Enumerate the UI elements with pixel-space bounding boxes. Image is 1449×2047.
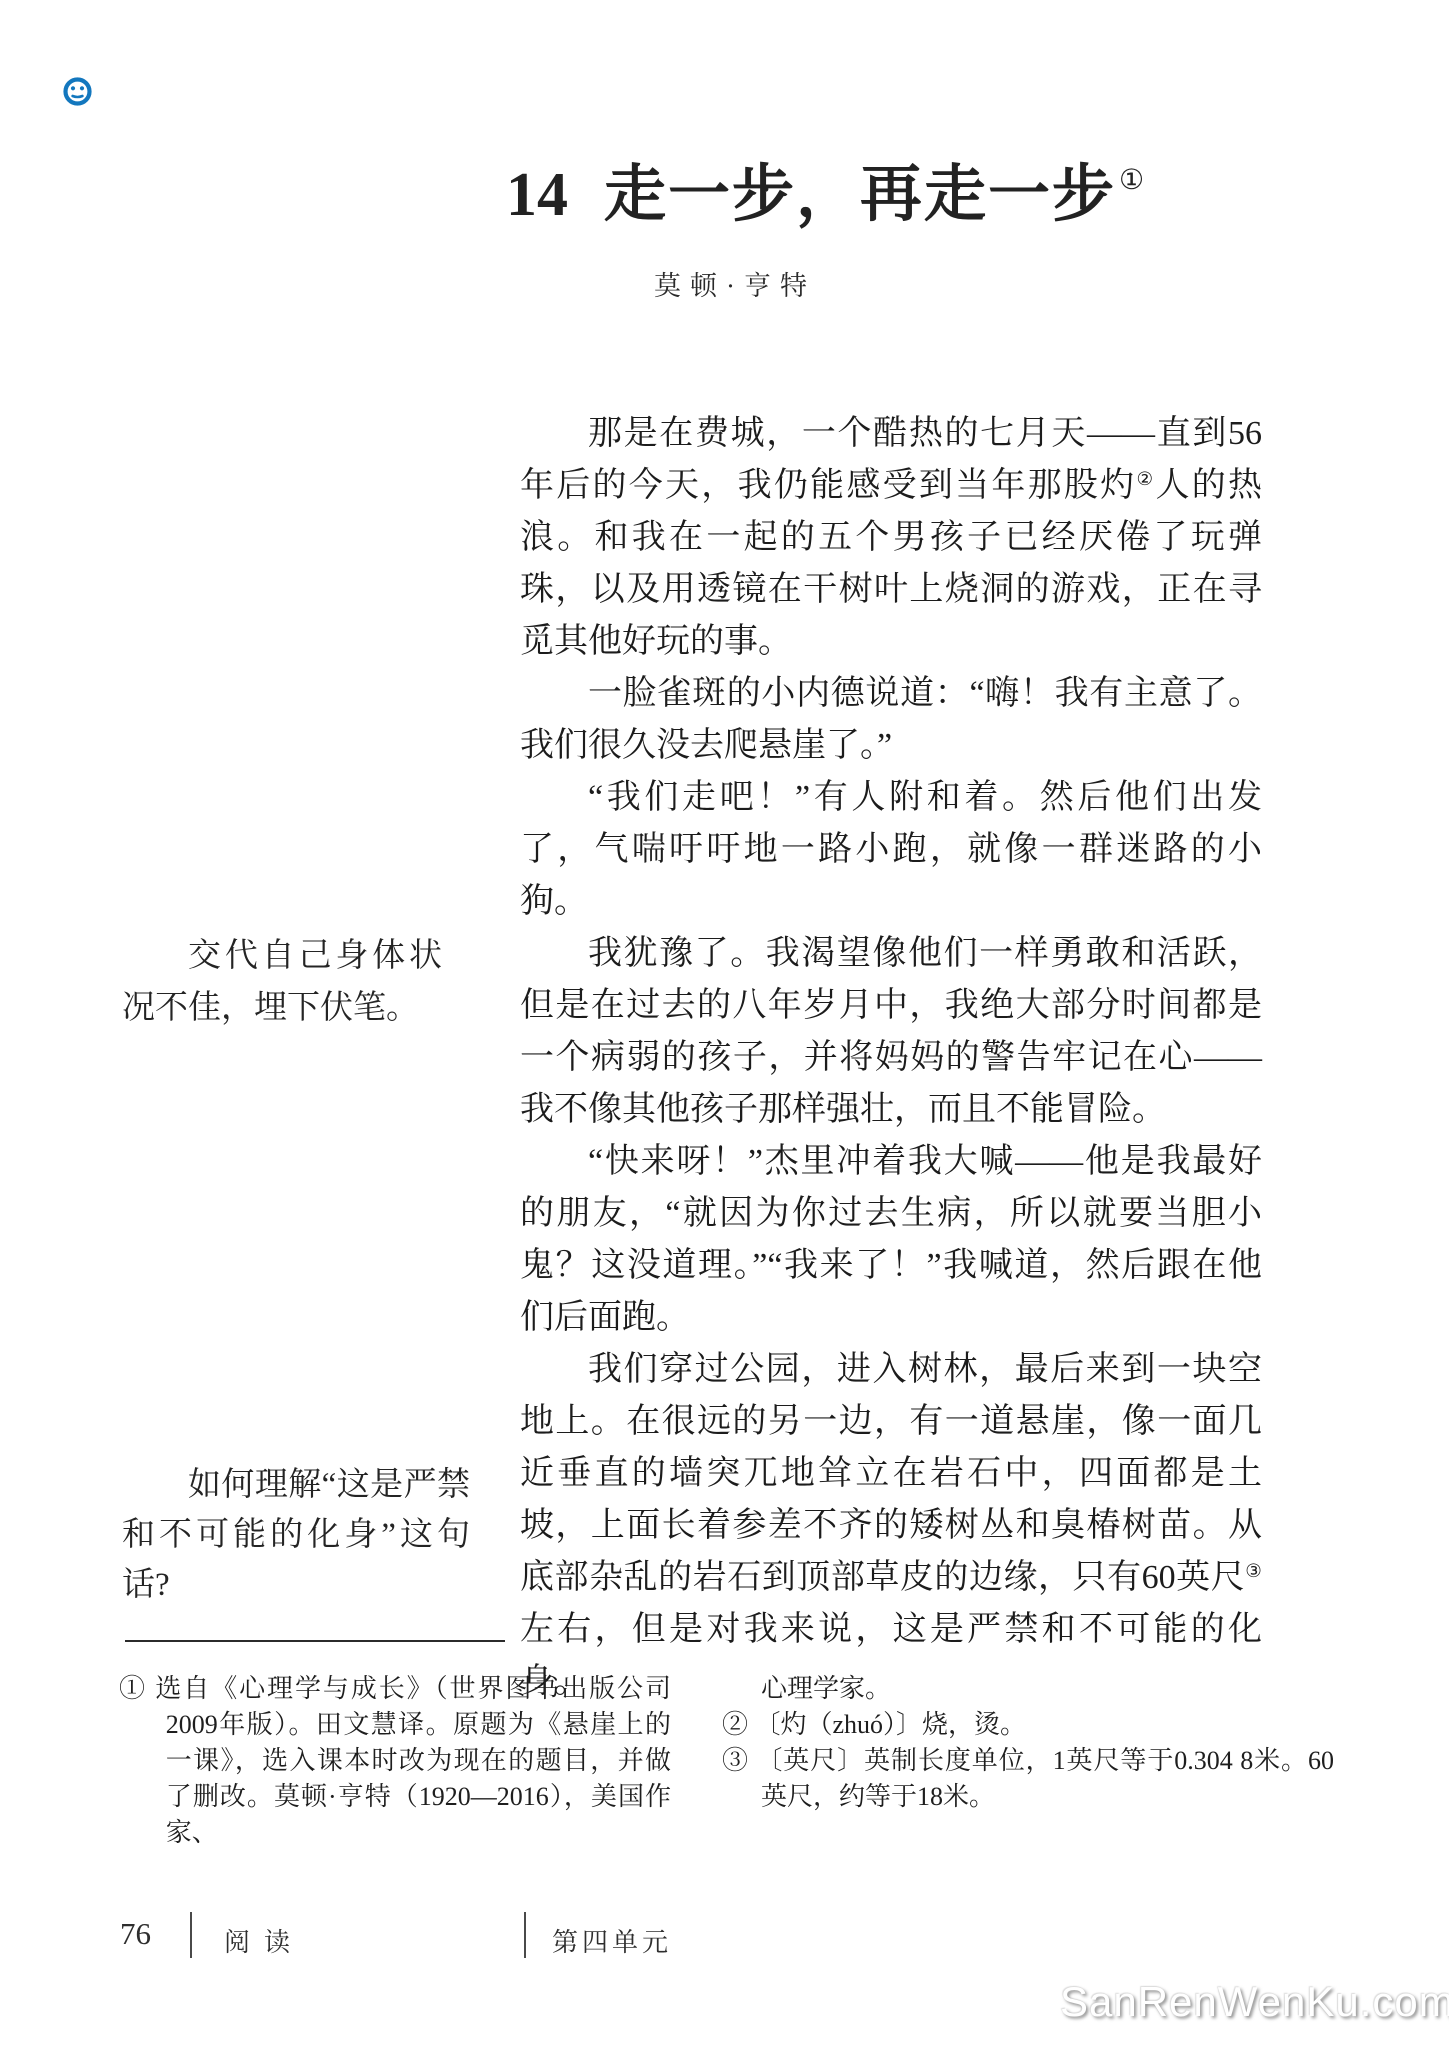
body-paragraph: “快来呀！”杰里冲着我大喊——他是我最好的朋友，“就因为你过去生病，所以就要当胆… [520, 1136, 1262, 1344]
footer-section-label: 阅读 [224, 1922, 304, 1959]
footnotes-left-column: ① 选自《心理学与成长》（世界图书出版公司2009年版）。田文慧译。原题为《悬崖… [119, 1671, 671, 1851]
footnote-line: 心理学家。 [722, 1671, 1334, 1707]
body-text: 那是在费城，一个酷热的七月天——直到56年后的今天，我仍能感受到当年那股灼②人的… [520, 408, 1262, 1708]
margin-note-1: 交代自己身体状况不佳，埋下伏笔。 [122, 930, 442, 1034]
lesson-title: 14走一步，再走一步① [506, 144, 1146, 233]
footnote-line: ③ 〔英尺〕英制长度单位，1英尺等于0.304 8米。60英尺，约等于18米。 [722, 1743, 1334, 1815]
watermark: SanRenWenKu.com [1060, 1978, 1449, 2026]
footer-unit-label: 第四单元 [552, 1922, 672, 1959]
body-paragraph: 那是在费城，一个酷热的七月天——直到56年后的今天，我仍能感受到当年那股灼②人的… [520, 408, 1262, 668]
margin-note-2: 如何理解“这是严禁和不可能的化身”这句话? [122, 1460, 470, 1610]
footnote-divider-rule [125, 1640, 505, 1642]
body-paragraph: 一脸雀斑的小内德说道：“嗨！我有主意了。我们很久没去爬悬崖了。” [520, 668, 1262, 772]
lesson-number: 14 [506, 161, 568, 229]
footnote-line: ① 选自《心理学与成长》（世界图书出版公司2009年版）。田文慧译。原题为《悬崖… [119, 1671, 671, 1851]
smiley-face-icon [62, 76, 93, 107]
footer-divider-2 [524, 1912, 526, 1958]
body-paragraph: 我犹豫了。我渴望像他们一样勇敢和活跃，但是在过去的八年岁月中，我绝大部分时间都是… [520, 928, 1262, 1136]
author-name: 莫顿·亨特 [654, 264, 816, 303]
page-number: 76 [120, 1916, 151, 1952]
title-footnote-ref: ① [1119, 165, 1146, 196]
body-paragraph: “我们走吧！”有人附和着。然后他们出发了，气喘吁吁地一路小跑，就像一群迷路的小狗… [520, 772, 1262, 928]
footnote-line: ② 〔灼（zhuó）〕烧，烫。 [722, 1707, 1334, 1743]
body-paragraph: 我们穿过公园，进入树林，最后来到一块空地上。在很远的另一边，有一道悬崖，像一面几… [520, 1344, 1262, 1708]
lesson-title-text: 走一步，再走一步 [604, 161, 1116, 229]
footnotes-right-column: 心理学家。② 〔灼（zhuó）〕烧，烫。③ 〔英尺〕英制长度单位，1英尺等于0.… [722, 1671, 1334, 1815]
textbook-page: 14走一步，再走一步① 莫顿·亨特 那是在费城，一个酷热的七月天——直到56年后… [0, 0, 1449, 2047]
footer-divider-1 [190, 1912, 192, 1958]
